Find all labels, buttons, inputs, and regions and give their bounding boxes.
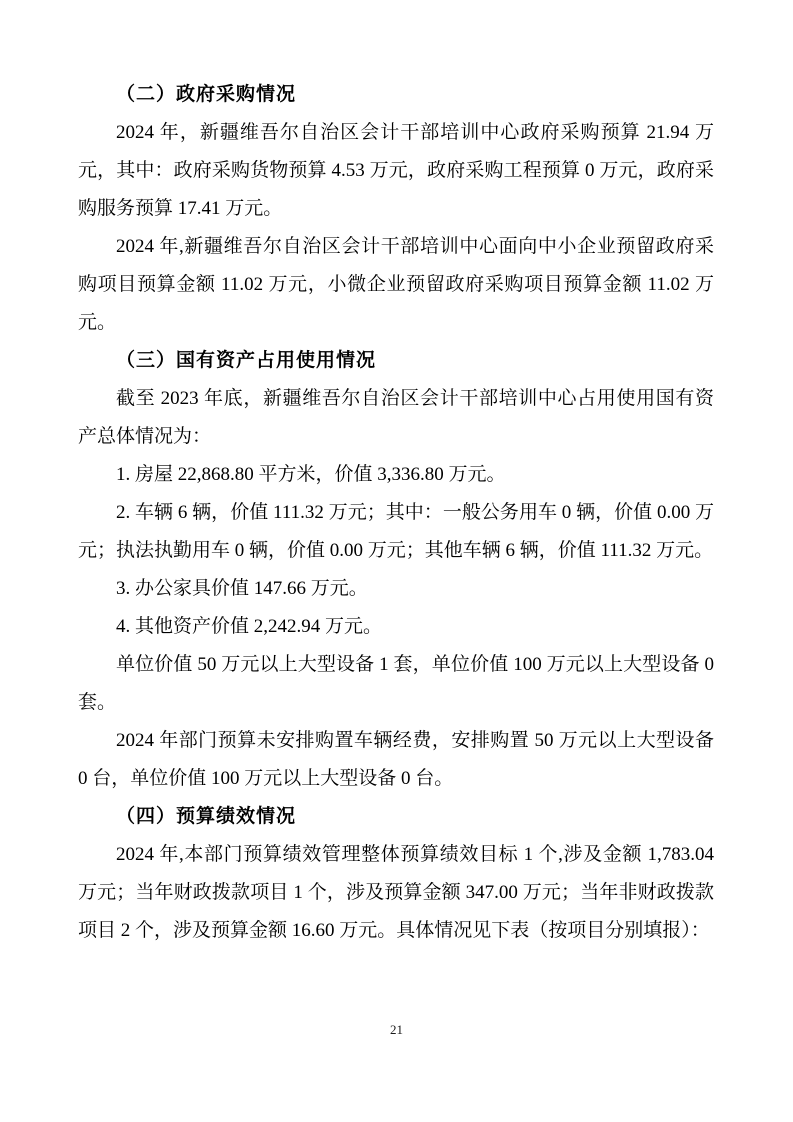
document-page: （二）政府采购情况 2024 年，新疆维吾尔自治区会计干部培训中心政府采购预算 …	[0, 0, 793, 1122]
paragraph-assets-housing: 1. 房屋 22,868.80 平方米，价值 3,336.80 万元。	[78, 456, 714, 494]
paragraph-assets-other: 4. 其他资产价值 2,242.94 万元。	[78, 608, 714, 646]
page-number: 21	[0, 1020, 793, 1040]
paragraph-assets-furniture: 3. 办公家具价值 147.66 万元。	[78, 570, 714, 608]
paragraph-sme-reserved-procurement: 2024 年,新疆维吾尔自治区会计干部培训中心面向中小企业预留政府采购项目预算金…	[78, 228, 714, 342]
heading-state-owned-assets: （三）国有资产占用使用情况	[78, 342, 714, 380]
heading-budget-performance: （四）预算绩效情况	[78, 798, 714, 836]
paragraph-assets-vehicles: 2. 车辆 6 辆，价值 111.32 万元；其中：一般公务用车 0 辆，价值 …	[78, 494, 714, 570]
heading-government-procurement: （二）政府采购情况	[78, 76, 714, 114]
paragraph-procurement-budget: 2024 年，新疆维吾尔自治区会计干部培训中心政府采购预算 21.94 万元，其…	[78, 114, 714, 228]
paragraph-assets-overview: 截至 2023 年底，新疆维吾尔自治区会计干部培训中心占用使用国有资产总体情况为…	[78, 380, 714, 456]
document-content: （二）政府采购情况 2024 年，新疆维吾尔自治区会计干部培训中心政府采购预算 …	[78, 76, 714, 950]
paragraph-large-equipment: 单位价值 50 万元以上大型设备 1 套，单位价值 100 万元以上大型设备 0…	[78, 646, 714, 722]
paragraph-2024-purchases: 2024 年部门预算未安排购置车辆经费，安排购置 50 万元以上大型设备 0 台…	[78, 722, 714, 798]
paragraph-performance-targets: 2024 年,本部门预算绩效管理整体预算绩效目标 1 个,涉及金额 1,783.…	[78, 836, 714, 950]
